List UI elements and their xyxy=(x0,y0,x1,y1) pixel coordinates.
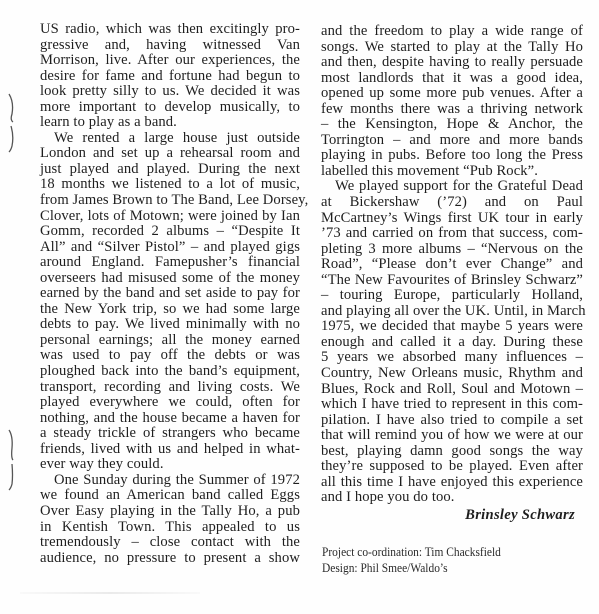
text-line: Clover, lots of Motown; were joined by I… xyxy=(40,209,300,225)
text-line: which I have tried to represent in this … xyxy=(321,397,583,413)
text-line: and I hope you do too. xyxy=(321,490,583,506)
text-line: – the Kensington, Hope & Anchor, the xyxy=(321,117,583,133)
page-fold-shadow xyxy=(20,592,200,594)
text-line: audience, no pressure to present a show xyxy=(40,551,300,567)
text-line: US radio, which was then excitingly pro- xyxy=(40,22,300,38)
text-line: was used to pay off the debts or was xyxy=(40,348,300,364)
paragraph-start-line: We rented a large house just outside xyxy=(40,131,300,147)
text-line: all this time I have enjoyed this experi… xyxy=(321,475,583,491)
text-line: 1975, we decided that maybe 5 years were xyxy=(321,319,583,335)
text-line: labelled this movement “Pub Rock”. xyxy=(321,164,583,180)
credits-block: Project co-ordination: Tim Chacksfield D… xyxy=(322,544,501,575)
text-line: Road”, “Please don’t ever Change” and xyxy=(321,257,583,273)
text-line: learn to play as a band. xyxy=(40,115,300,131)
text-line: at Bickershaw (’72) and on Paul xyxy=(321,195,583,211)
text-line: Over Easy playing in the Tally Ho, a pub xyxy=(40,504,300,520)
author-signature: Brinsley Schwarz xyxy=(321,508,583,524)
text-line: look pretty silly to us. We decided it w… xyxy=(40,84,300,100)
text-line: ’73 and carried on from that success, co… xyxy=(321,226,583,242)
text-line: Torrington – and more and more bands xyxy=(321,133,583,149)
text-line: 5 years we absorbed many influences – xyxy=(321,350,583,366)
pencil-bracket-mark-upper xyxy=(6,92,16,154)
text-line: All” and “Silver Pistol” – and played gi… xyxy=(40,240,300,256)
text-line: playing in pubs. Before too long the Pre… xyxy=(321,148,583,164)
text-line: desire for fame and fortune had begun to xyxy=(40,69,300,85)
text-line: Blues, Rock and Roll, Soul and Motown – xyxy=(321,382,583,398)
text-line: tremendously – close contact with the xyxy=(40,535,300,551)
text-line: the New York trip, so we had some large xyxy=(40,302,300,318)
liner-notes-page: US radio, which was then excitingly pro-… xyxy=(0,0,599,614)
text-line: gressive and, having witnessed Van xyxy=(40,38,300,54)
text-line: – touring Europe, particularly Holland, xyxy=(321,288,583,304)
text-line: opened up some more pub venues. After a xyxy=(321,86,583,102)
text-line: personal earnings; all the money earned xyxy=(40,333,300,349)
text-line: pilation. I have also tried to compile a… xyxy=(321,413,583,429)
text-line: pleting 3 more albums – “Nervous on the xyxy=(321,242,583,258)
text-line: a steady trickle of strangers who became xyxy=(40,426,300,442)
text-line: and the freedom to play a wide range of xyxy=(321,24,583,40)
text-line: they’re supposed to be played. Even afte… xyxy=(321,459,583,475)
credit-design: Design: Phil Smee/Waldo’s xyxy=(322,560,501,576)
text-line: more important to develop musically, to xyxy=(40,100,300,116)
paragraph-start-line: We played support for the Grateful Dead xyxy=(321,179,583,195)
text-line: best, playing damn good songs the way xyxy=(321,444,583,460)
text-line: that will remind you of how we were at o… xyxy=(321,428,583,444)
text-line: just played and played. During the next xyxy=(40,162,300,178)
text-line: “The New Favourites of Brinsley Schwarz” xyxy=(321,273,583,289)
right-text-column: and the freedom to play a wide range of … xyxy=(321,24,583,524)
text-line: London and set up a rehearsal room and xyxy=(40,146,300,162)
text-line: Gomm, recorded 2 albums – “Despite It xyxy=(40,224,300,240)
text-line: overseers had misused some of the money xyxy=(40,271,300,287)
text-line: Country, New Orleans music, Rhythm and xyxy=(321,366,583,382)
text-line: few months there was a thriving network xyxy=(321,102,583,118)
text-line: ever way they could. xyxy=(40,457,300,473)
left-text-column: US radio, which was then excitingly pro-… xyxy=(40,22,300,566)
text-line: ploughed back into the band’s equipment, xyxy=(40,364,300,380)
credit-project-coordination: Project co-ordination: Tim Chacksfield xyxy=(322,544,501,560)
text-line: nothing, and the house became a haven fo… xyxy=(40,411,300,427)
text-line: from James Brown to The Band, Lee Dorsey… xyxy=(40,193,300,209)
text-line: 18 months we listened to a lot of music, xyxy=(40,177,300,193)
text-line: we found an American band called Eggs xyxy=(40,488,300,504)
text-line: and playing all over the UK. Until, in M… xyxy=(321,304,583,320)
text-line: in Kentish Town. This appealed to us xyxy=(40,520,300,536)
text-line: McCartney’s Wings first UK tour in early xyxy=(321,211,583,227)
text-line: Morrison, live. After our experiences, t… xyxy=(40,53,300,69)
text-line: around England. Famepusher’s financial xyxy=(40,255,300,271)
text-line: most landlords that it was a good idea, xyxy=(321,71,583,87)
text-line: friends, lived with us and helped in wha… xyxy=(40,442,300,458)
pencil-bracket-mark-lower xyxy=(6,428,16,492)
text-line: transport, recording and living costs. W… xyxy=(40,380,300,396)
text-line: songs. We started to play at the Tally H… xyxy=(321,40,583,56)
text-line: earned by the band and set aside to pay … xyxy=(40,286,300,302)
paragraph-start-line: One Sunday during the Summer of 1972 xyxy=(40,473,300,489)
text-line: enough and called it a day. During these xyxy=(321,335,583,351)
text-line: and then, despite having to really persu… xyxy=(321,55,583,71)
text-line: debts to pay. We lived minimally with no xyxy=(40,317,300,333)
text-line: played everywhere we could, often for xyxy=(40,395,300,411)
